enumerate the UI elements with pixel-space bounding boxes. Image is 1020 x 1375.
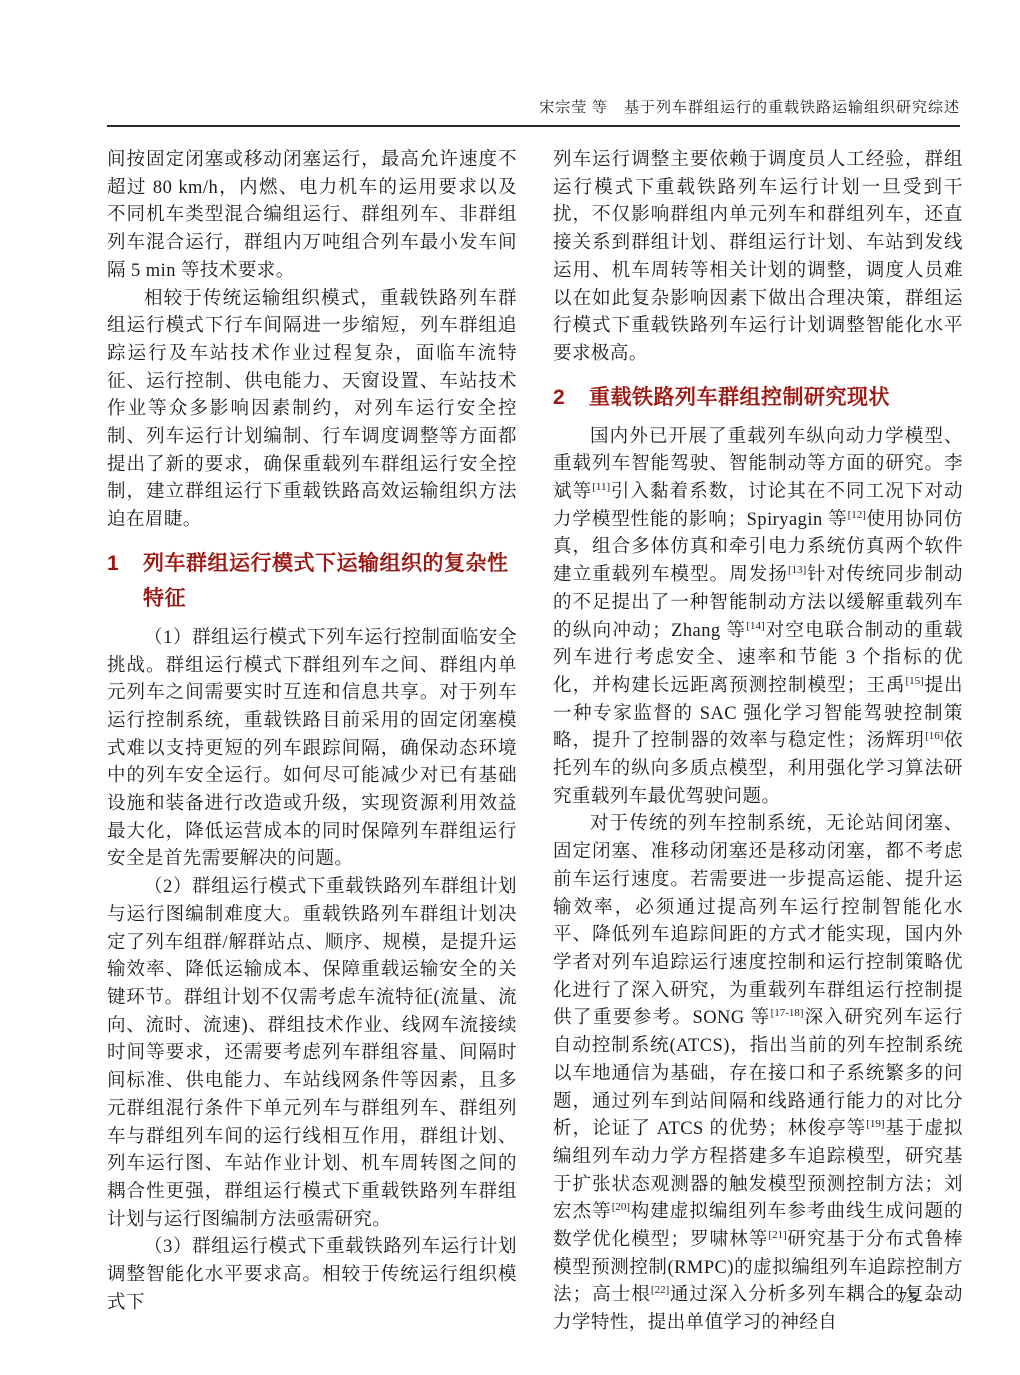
right-column: 列车运行调整主要依赖于调度员人工经验，群组运行模式下重载铁路列车运行计划一旦受到… (553, 147, 963, 1338)
paragraph-with-citations: 对于传统的列车控制系统，无论站间闭塞、固定闭塞、准移动闭塞还是移动闭塞，都不考虑… (553, 811, 963, 1337)
paper-page: 宋宗莹 等 基于列车群组运行的重载铁路运输组织研究综述 间按固定闭塞或移动闭塞运… (0, 0, 1020, 1375)
section-1-title: 列车群组运行模式下运输组织的复杂性特征 (143, 546, 517, 616)
running-head: 宋宗莹 等 基于列车群组运行的重载铁路运输组织研究综述 (107, 96, 960, 117)
left-column: 间按固定闭塞或移动闭塞运行，最高允许速度不超过 80 km/h，内燃、电力机车的… (107, 147, 517, 1338)
body-columns: 间按固定闭塞或移动闭塞运行，最高允许速度不超过 80 km/h，内燃、电力机车的… (107, 147, 963, 1338)
section-2-heading: 2 重载铁路列车群组控制研究现状 (553, 380, 963, 415)
section-1-heading: 1 列车群组运行模式下运输组织的复杂性特征 (107, 546, 517, 616)
section-1-number: 1 (107, 546, 143, 581)
section-2-title: 重载铁路列车群组控制研究现状 (589, 380, 963, 415)
paragraph-with-citations: 国内外已开展了重载列车纵向动力学模型、重载列车智能驾驶、智能制动等方面的研究。李… (553, 424, 963, 812)
paragraph-continuation: 间按固定闭塞或移动闭塞运行，最高允许速度不超过 80 km/h，内燃、电力机车的… (107, 147, 517, 286)
header-rule (107, 125, 960, 127)
paragraph-continuation: 列车运行调整主要依赖于调度员人工经验，群组运行模式下重载铁路列车运行计划一旦受到… (553, 147, 963, 369)
section-2-number: 2 (553, 380, 589, 415)
page-number: — 75 — (874, 1288, 944, 1308)
paragraph: 相较于传统运输组织模式，重载铁路列车群组运行模式下行车间隔进一步缩短，列车群组追… (107, 286, 517, 535)
paragraph-item-2: （2）群组运行模式下重载铁路列车群组计划与运行图编制难度大。重载铁路列车群组计划… (107, 874, 517, 1234)
paragraph-item-3: （3）群组运行模式下重载铁路列车运行计划调整智能化水平要求高。相较于传统运行组织… (107, 1234, 517, 1317)
paragraph-item-1: （1）群组运行模式下列车运行控制面临安全挑战。群组运行模式下群组列车之间、群组内… (107, 625, 517, 874)
